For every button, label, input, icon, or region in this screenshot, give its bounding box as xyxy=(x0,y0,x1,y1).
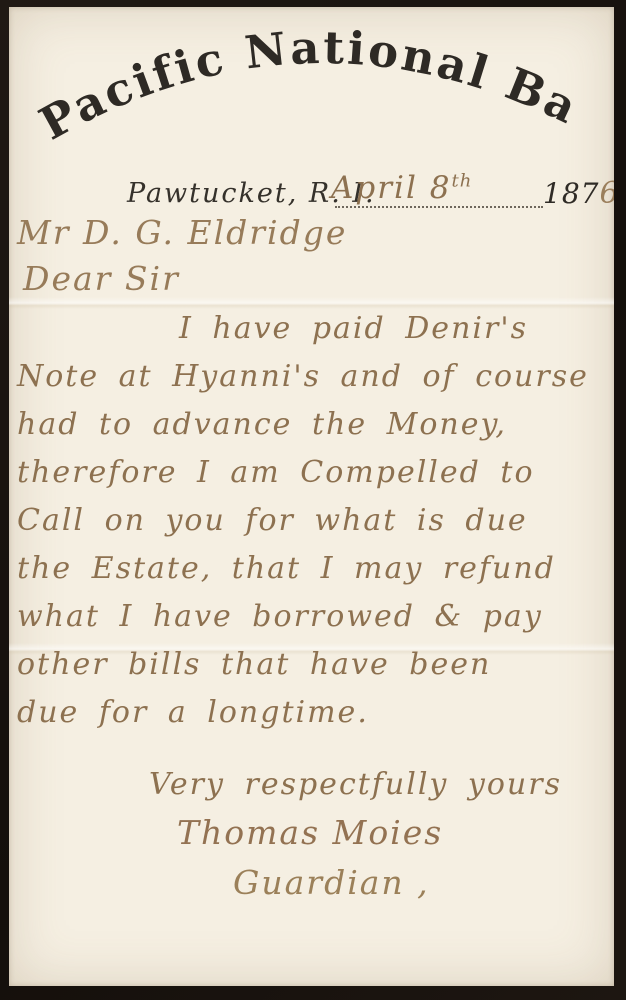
bank-letterhead: Pacific National Bank. xyxy=(9,15,614,175)
body-line: therefore I am Compelled to xyxy=(17,449,611,497)
addressee-line: Mr D. G. Eldridge xyxy=(17,213,347,252)
handwritten-year-digit: 6 xyxy=(599,176,614,211)
date-dotted-line xyxy=(335,206,543,208)
year: 1876 xyxy=(543,176,614,211)
body-line: the Estate, that I may refund xyxy=(17,545,611,593)
letter-page: Pacific National Bank. Pawtucket, R. I. … xyxy=(9,7,614,986)
body-line: I have paid Denir's xyxy=(17,305,611,353)
body-line: had to advance the Money, xyxy=(17,401,611,449)
body-line: other bills that have been xyxy=(17,641,611,689)
closing-line: Very respectfully yours xyxy=(149,767,562,802)
svg-text:Pacific National Bank.: Pacific National Bank. xyxy=(9,15,588,150)
printed-year-prefix: 187 xyxy=(543,177,599,210)
bank-name-text: Pacific National Bank. xyxy=(9,15,588,150)
handwritten-month-day: April 8 xyxy=(331,170,451,206)
signature: Thomas Moies xyxy=(177,813,443,852)
body-line: Note at Hyanni's and of course xyxy=(17,353,611,401)
body-line: what I have borrowed & pay xyxy=(17,593,611,641)
signature-title: Guardian , xyxy=(233,863,430,902)
salutation-line: Dear Sir xyxy=(23,259,180,298)
letter-body: I have paid Denir's Note at Hyanni's and… xyxy=(17,305,611,737)
scan-frame: Pacific National Bank. Pawtucket, R. I. … xyxy=(0,0,626,1000)
body-line: due for a longtime. xyxy=(17,689,611,737)
body-line: Call on you for what is due xyxy=(17,497,611,545)
day-suffix: th xyxy=(451,171,472,192)
handwritten-date: April 8th xyxy=(331,170,472,206)
